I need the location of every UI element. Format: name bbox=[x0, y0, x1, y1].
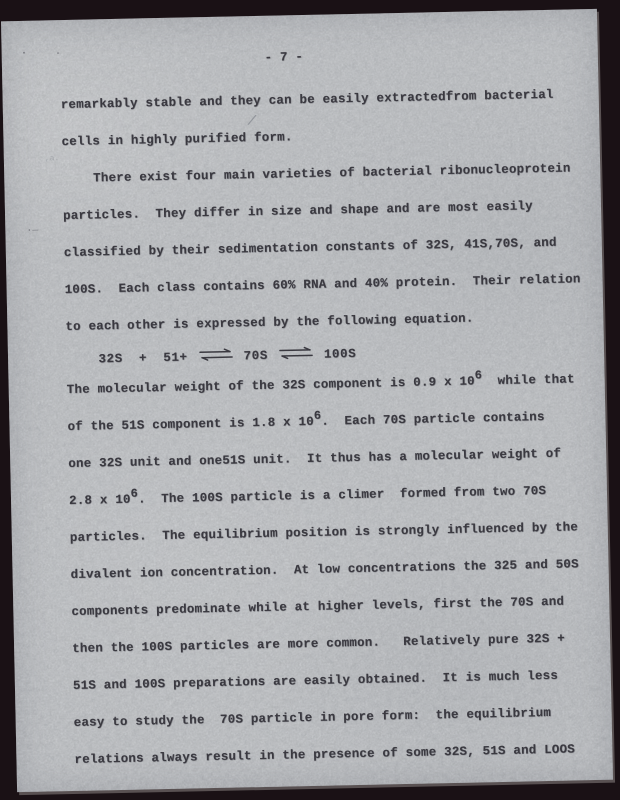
text-segment: - 7 - bbox=[264, 50, 303, 65]
text-segment: while that bbox=[482, 372, 575, 388]
scanner-background: { "page": { "kind": "scanned typewritten… bbox=[0, 0, 620, 800]
stray-mark: · bbox=[21, 48, 28, 60]
superscript: 6 bbox=[475, 368, 483, 382]
stray-mark: ·— bbox=[26, 226, 38, 237]
superscript: 6 bbox=[130, 487, 138, 501]
stray-mark: ,a. bbox=[45, 154, 60, 163]
text-segment: 2.8 x 10 bbox=[69, 493, 131, 508]
text-segment: 32S + 51+ bbox=[66, 350, 188, 367]
text-block: - 7 -remarkably stable and they can be e… bbox=[60, 44, 595, 790]
text-segment: 100S bbox=[324, 347, 357, 362]
stray-marks-layer: ··,a.·—/ bbox=[1, 9, 597, 21]
document-page: - 7 -remarkably stable and they can be e… bbox=[1, 9, 613, 792]
equilibrium-arrow-icon bbox=[277, 346, 315, 360]
text-segment: 70S bbox=[243, 349, 268, 364]
equilibrium-arrow-icon bbox=[196, 348, 234, 362]
superscript: 6 bbox=[314, 409, 322, 423]
